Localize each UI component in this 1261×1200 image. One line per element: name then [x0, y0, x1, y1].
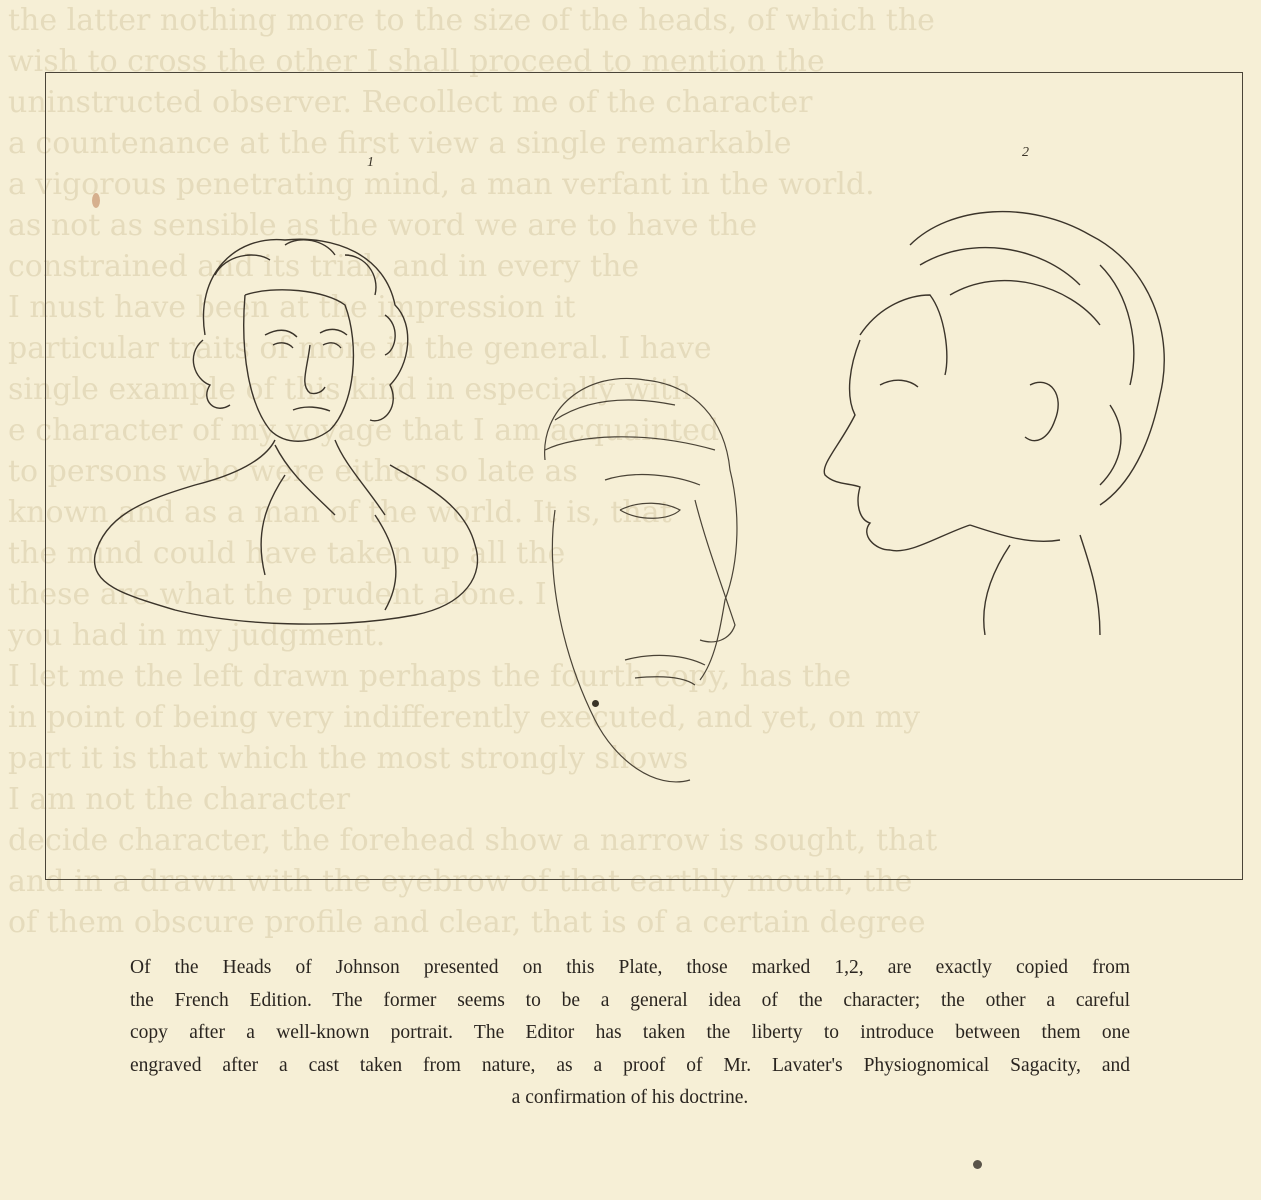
caption-line-2: the French Edition. The former seems to … — [130, 985, 1130, 1018]
foxing-spot — [92, 193, 100, 208]
portrait-johnson-profile — [800, 205, 1180, 635]
caption-line-3: copy after a well-known portrait. The Ed… — [130, 1017, 1130, 1050]
portrait-johnson-bust — [85, 215, 495, 635]
portrait-cast-head — [525, 360, 755, 810]
caption-line-5: a confirmation of his doctrine. — [130, 1082, 1130, 1115]
plate-caption: Of the Heads of Johnson presented on thi… — [130, 952, 1130, 1115]
caption-line-4: engraved after a cast taken from nature,… — [130, 1050, 1130, 1083]
ink-spot — [592, 700, 599, 707]
figure-marker-1: 1 — [367, 155, 374, 171]
caption-line-1: Of the Heads of Johnson presented on thi… — [130, 952, 1130, 985]
figure-marker-2: 2 — [1022, 145, 1029, 161]
ink-spot — [973, 1160, 982, 1169]
